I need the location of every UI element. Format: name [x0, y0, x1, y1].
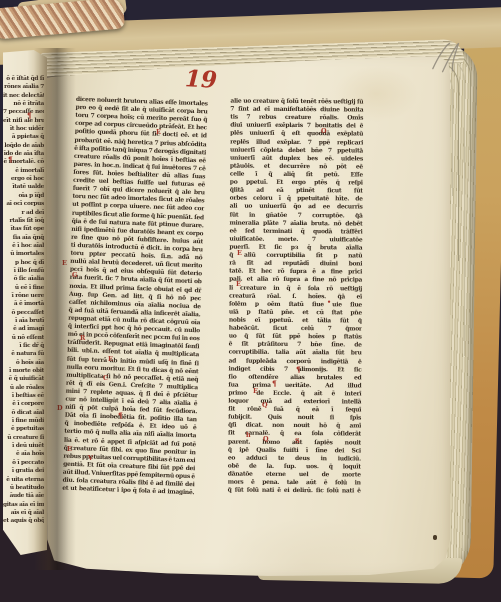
verso-page-sliver: ō ē īſtāt q̄d ſīrōnes aīalia 7it nec del… [3, 50, 47, 555]
rubric-mark: C [103, 375, 108, 381]
rubric-mark: G [72, 272, 77, 278]
rubric-mark: D [57, 405, 63, 411]
rubric-layer: EEGRECD¶EVOEE•¶¶EQhQS [46, 54, 450, 576]
recto-page: 19 dicere noluerit brutoru alias eſſe im… [46, 54, 450, 576]
rubric-mark: V [88, 455, 93, 461]
rubric-mark: ¶ [118, 412, 123, 420]
rubric-mark: E [108, 356, 113, 362]
ink-speck [433, 535, 437, 540]
rubric-mark: ¶ [27, 112, 32, 120]
verso-rubric-layer: ¶¶ [3, 50, 47, 555]
foliation-mark-icon [422, 34, 470, 82]
rubric-mark: E [62, 260, 67, 266]
rubric-mark: S [295, 438, 300, 444]
rubric-mark: E [156, 129, 161, 135]
rubric-mark: Q [263, 436, 269, 442]
rubric-mark: E [67, 446, 72, 452]
rubric-mark: E [236, 281, 241, 287]
rubric-mark: ¶ [272, 380, 277, 388]
rubric-mark: ¶ [296, 366, 301, 374]
rubric-mark: Q [262, 402, 268, 408]
rubric-mark: • [327, 299, 331, 305]
rubric-mark: O [321, 128, 327, 134]
book-photo-scene: 19 dicere noluerit brutoru alias eſſe im… [0, 0, 501, 602]
rubric-mark: h [246, 432, 251, 438]
rubric-mark: R [80, 335, 85, 341]
rubric-mark: ¶ [8, 156, 13, 164]
rubric-mark: E [237, 250, 242, 256]
rubric-mark: E [253, 388, 258, 394]
